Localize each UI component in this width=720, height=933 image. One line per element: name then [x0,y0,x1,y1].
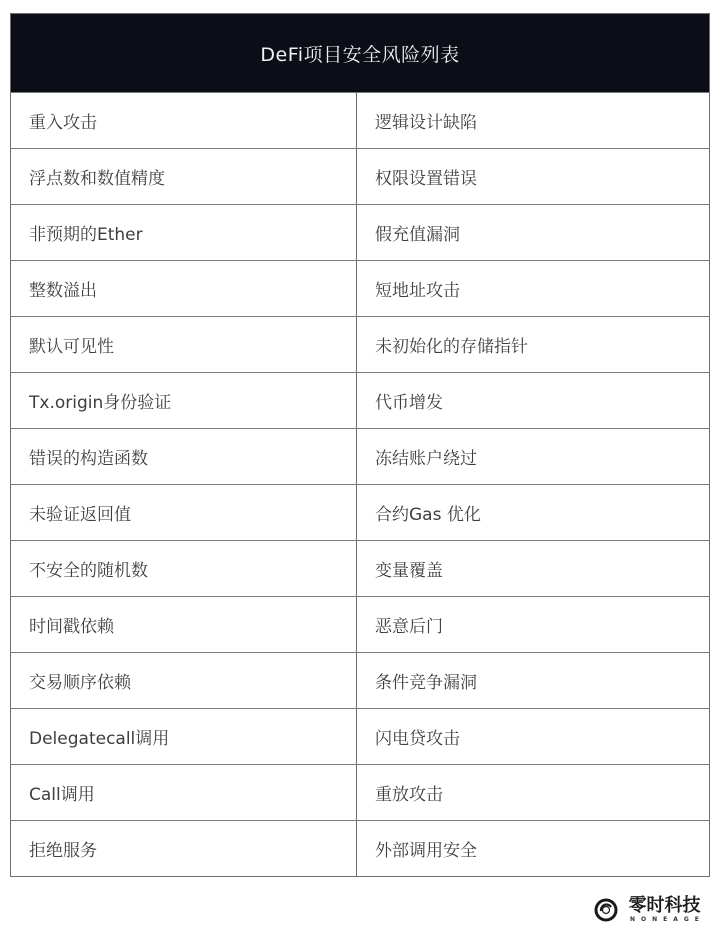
risk-cell-left: 未验证返回值 [11,485,357,540]
table-row: Delegatecall调用闪电贷攻击 [11,708,709,764]
risk-table: DeFi项目安全风险列表 重入攻击逻辑设计缺陷浮点数和数值精度权限设置错误非预期… [10,13,710,877]
risk-cell-right: 变量覆盖 [357,541,709,596]
table-row: 浮点数和数值精度权限设置错误 [11,148,709,204]
table-row: 时间戳依赖恶意后门 [11,596,709,652]
risk-cell-right: 闪电贷攻击 [357,709,709,764]
table-row: 拒绝服务外部调用安全 [11,820,709,876]
risk-cell-left: Call调用 [11,765,357,820]
risk-cell-left: 默认可见性 [11,317,357,372]
table-row: 重入攻击逻辑设计缺陷 [11,92,709,148]
risk-cell-left: 重入攻击 [11,93,357,148]
risk-cell-right: 合约Gas 优化 [357,485,709,540]
risk-cell-right: 权限设置错误 [357,149,709,204]
brand-logo: 零时科技 NONEAGE [594,896,705,924]
brand-name-cn: 零时科技 [628,896,700,916]
table-body: 重入攻击逻辑设计缺陷浮点数和数值精度权限设置错误非预期的Ether假充值漏洞整数… [11,92,709,876]
risk-cell-left: 交易顺序依赖 [11,653,357,708]
table-row: 错误的构造函数冻结账户绕过 [11,428,709,484]
table-title: DeFi项目安全风险列表 [11,14,709,92]
table-row: 交易顺序依赖条件竞争漏洞 [11,652,709,708]
risk-cell-right: 重放攻击 [357,765,709,820]
risk-cell-left: 不安全的随机数 [11,541,357,596]
risk-cell-right: 条件竞争漏洞 [357,653,709,708]
table-row: 不安全的随机数变量覆盖 [11,540,709,596]
table-row: 整数溢出短地址攻击 [11,260,709,316]
risk-cell-right: 短地址攻击 [357,261,709,316]
table-row: Tx.origin身份验证代币增发 [11,372,709,428]
risk-cell-left: 错误的构造函数 [11,429,357,484]
risk-cell-right: 未初始化的存储指针 [357,317,709,372]
risk-cell-left: 时间戳依赖 [11,597,357,652]
risk-cell-right: 假充值漏洞 [357,205,709,260]
swirl-ring-icon [594,898,618,922]
table-row: 默认可见性未初始化的存储指针 [11,316,709,372]
risk-cell-left: 浮点数和数值精度 [11,149,357,204]
table-row: 非预期的Ether假充值漏洞 [11,204,709,260]
risk-cell-left: Delegatecall调用 [11,709,357,764]
table-row: Call调用重放攻击 [11,764,709,820]
risk-cell-right: 逻辑设计缺陷 [357,93,709,148]
brand-name-en: NONEAGE [630,916,705,924]
risk-cell-left: 整数溢出 [11,261,357,316]
risk-cell-left: 拒绝服务 [11,821,357,876]
risk-cell-right: 恶意后门 [357,597,709,652]
risk-cell-right: 外部调用安全 [357,821,709,876]
risk-cell-right: 代币增发 [357,373,709,428]
risk-cell-left: Tx.origin身份验证 [11,373,357,428]
risk-cell-left: 非预期的Ether [11,205,357,260]
table-row: 未验证返回值合约Gas 优化 [11,484,709,540]
risk-cell-right: 冻结账户绕过 [357,429,709,484]
